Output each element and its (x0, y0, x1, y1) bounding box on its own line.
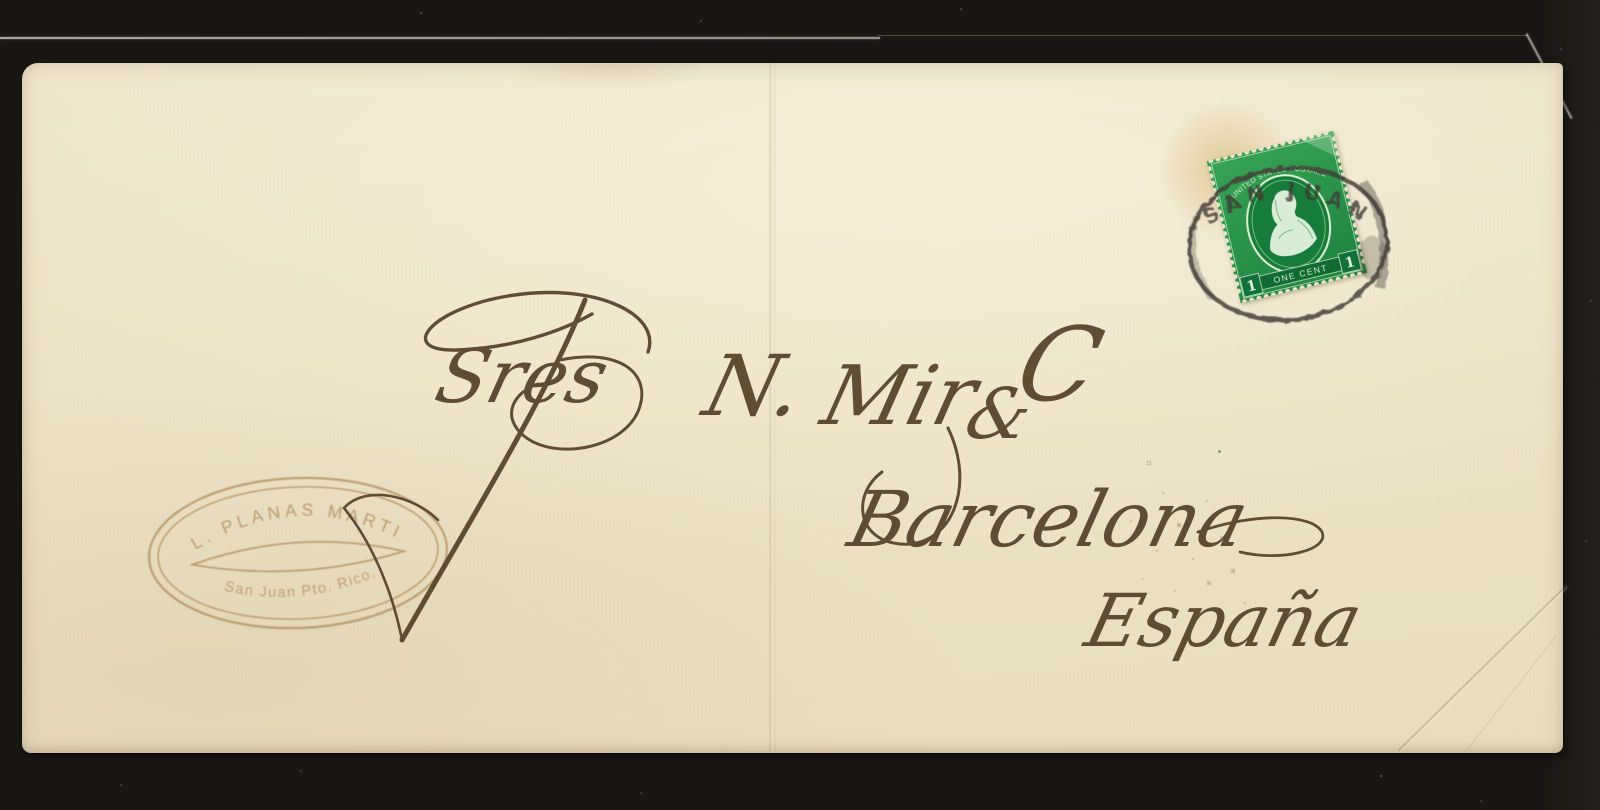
green-ink-speck (1218, 450, 1221, 453)
dust-specks (0, 0, 2, 2)
ink-smudge-speckles (1148, 462, 1150, 464)
background-scratch-line-faint (878, 35, 1528, 36)
paper-wrinkle-top (520, 64, 700, 90)
background-scratch-line (0, 37, 880, 39)
photo-scene: L. PLANAS MARTI San Juan Pto. Rico. Sres… (0, 0, 1600, 810)
paper-fold-vertical (768, 63, 776, 753)
